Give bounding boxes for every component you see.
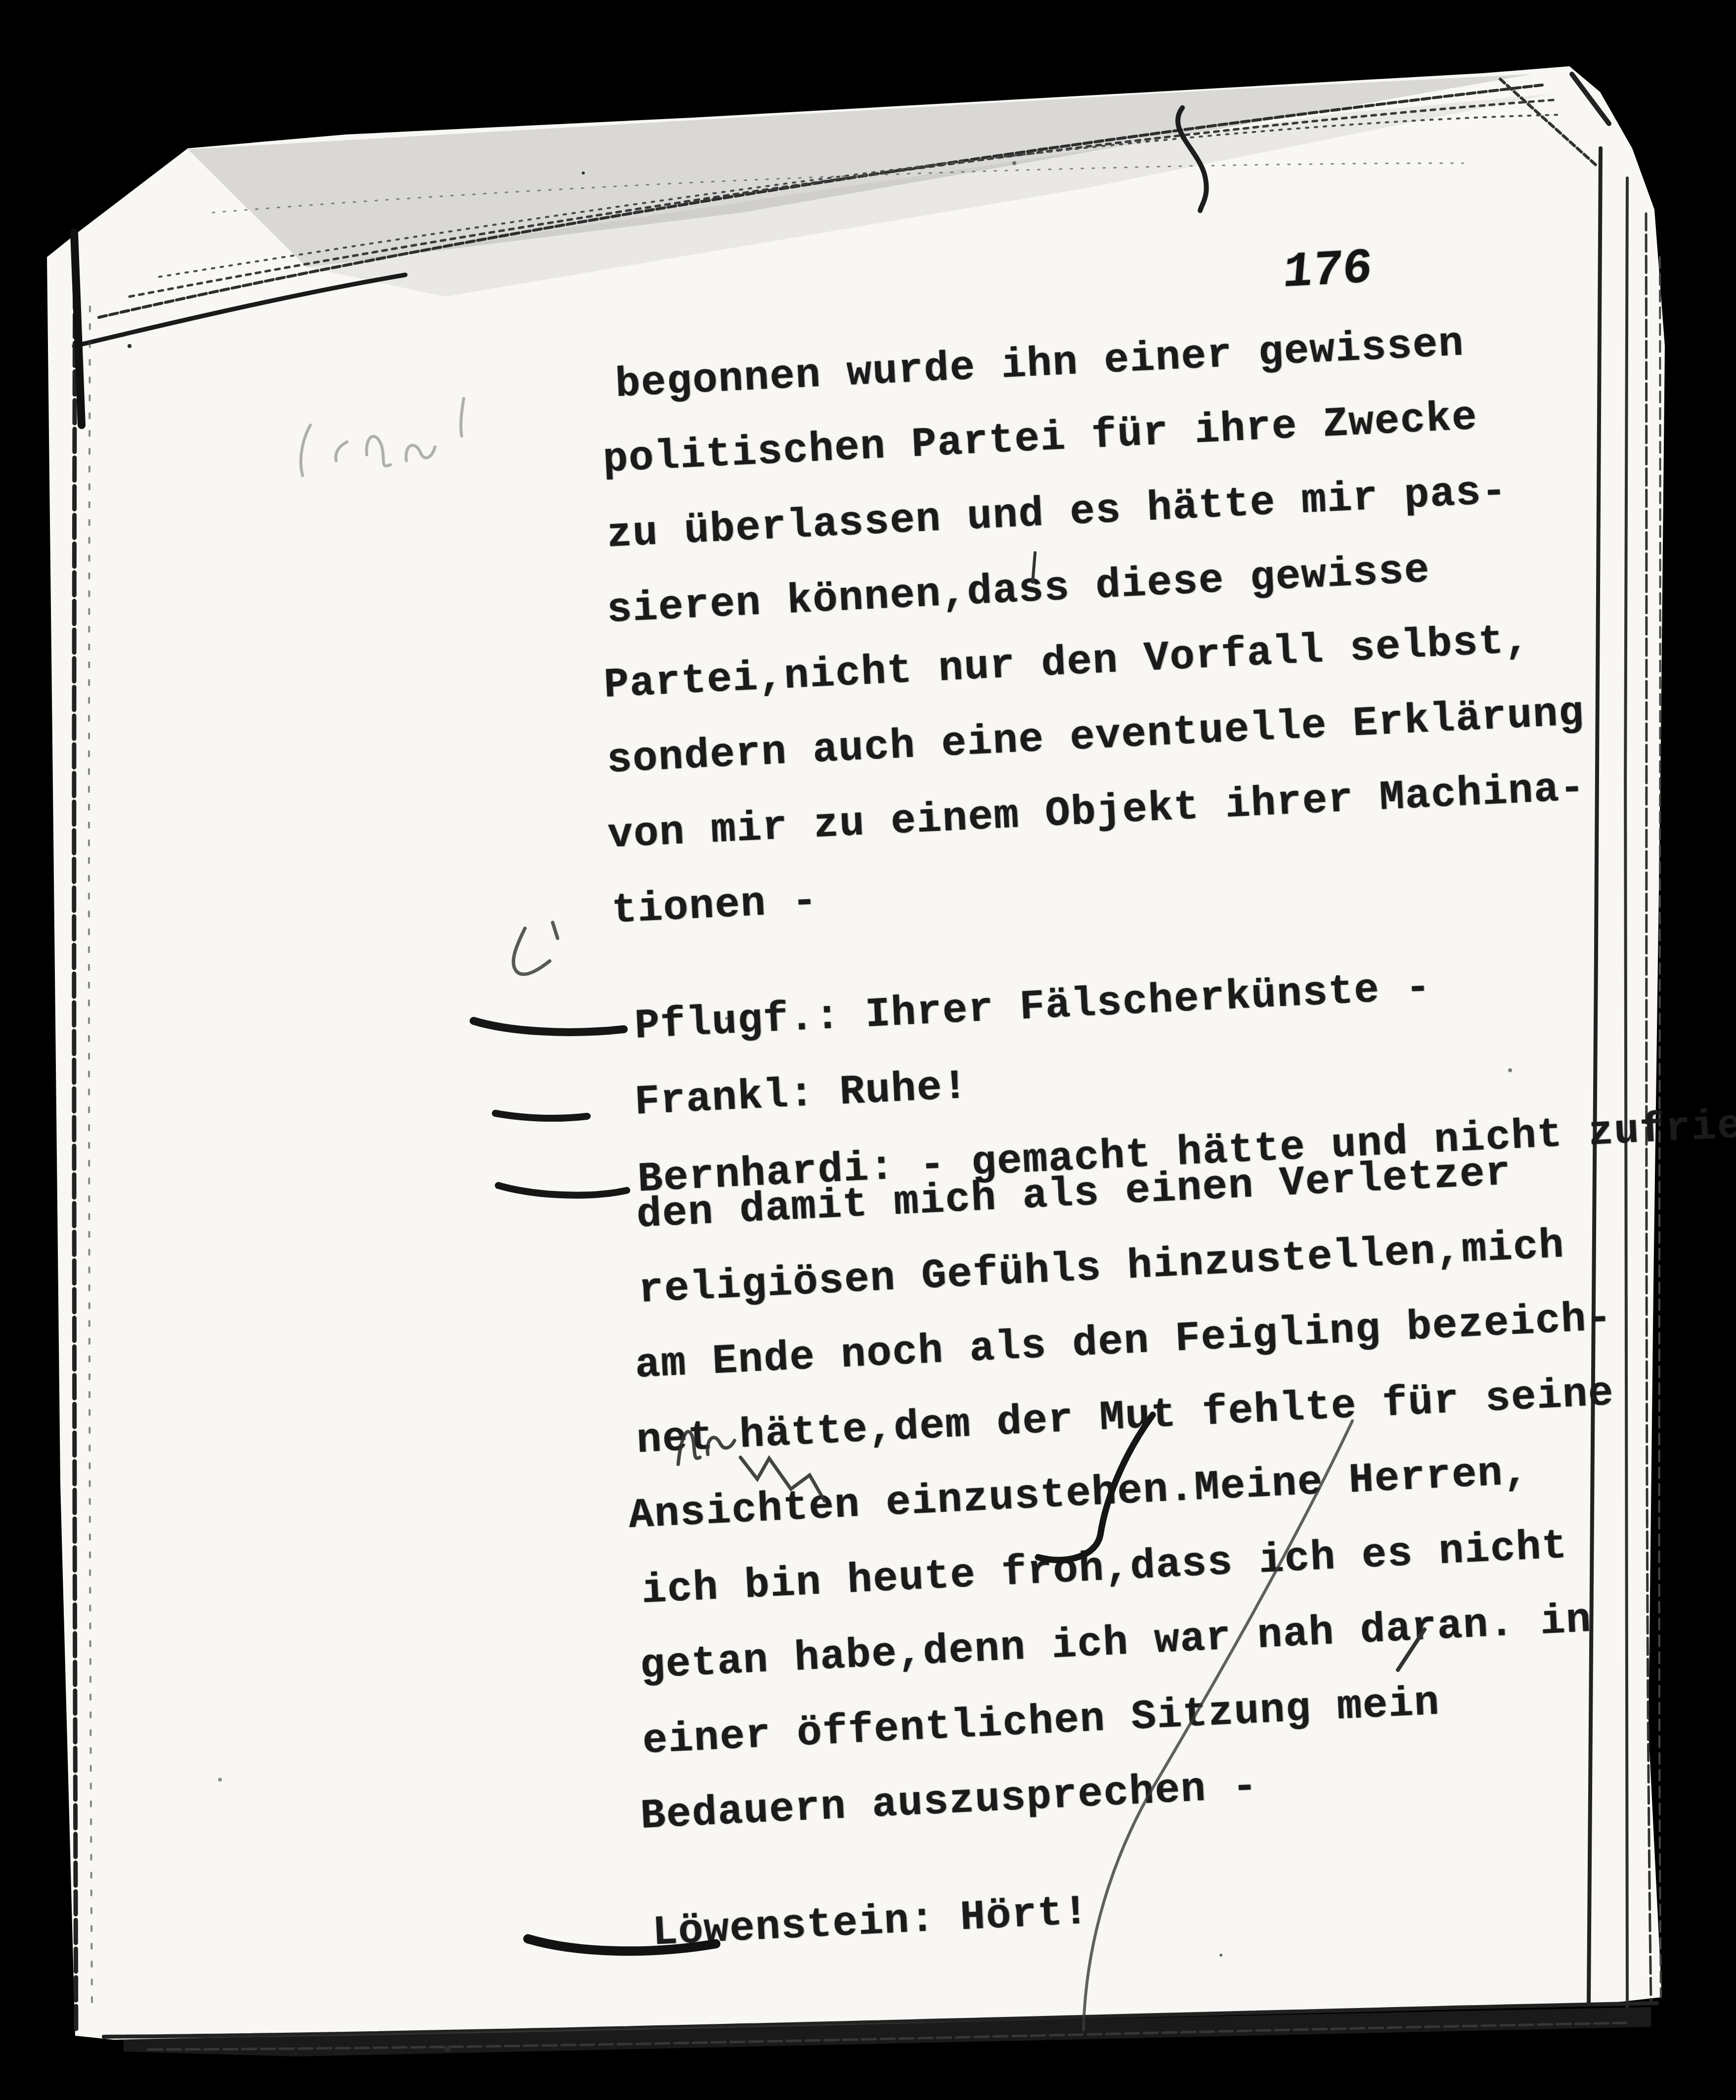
body-line: politischen Partei für ihre Zwecke xyxy=(602,394,1479,484)
body-line: sieren können,dass diese gewisse xyxy=(606,547,1431,634)
continuation-line: getan habe,denn ich war nah daran. in xyxy=(639,1597,1593,1690)
continuation-line: Bedauern auszusprechen - xyxy=(640,1763,1259,1840)
body-line: von mir zu einem Objekt ihrer Machina- xyxy=(607,765,1587,860)
dialogue-text: Hört! xyxy=(959,1889,1090,1942)
dialogue-line-loewenstein: Löwenstein:Hört! xyxy=(495,1842,1092,2012)
body-line: tionen - xyxy=(611,878,819,935)
continuation-line: am Ende noch als den Feigling bezeich- xyxy=(634,1295,1614,1390)
scanned-typescript-page: 176 begonnen wurde ihn einer gewissen po… xyxy=(0,0,1736,2100)
continuation-line: net hätte,dem der Mut fehlte für seine xyxy=(636,1370,1615,1465)
speaker-name: Löwenstein: xyxy=(651,1896,937,1957)
body-line: zu überlassen und es hätte mir pas- xyxy=(606,468,1509,559)
continuation-line: einer öffentlichen Sitzung mein xyxy=(642,1679,1441,1765)
body-line: sondern auch eine eventuelle Erklärung xyxy=(606,690,1586,785)
body-line: Partei,nicht nur den Vorfall selbst, xyxy=(603,617,1531,709)
continuation-line: Ansichten einzustehen.Meine Herren, xyxy=(628,1449,1530,1540)
body-line: begonnen wurde ihn einer gewissen xyxy=(614,320,1466,409)
typescript-text: 176 begonnen wurde ihn einer gewissen po… xyxy=(0,0,1736,2100)
page-number: 176 xyxy=(1281,241,1375,302)
continuation-line: ich bin heute froh,dass ich es nicht xyxy=(641,1523,1569,1615)
